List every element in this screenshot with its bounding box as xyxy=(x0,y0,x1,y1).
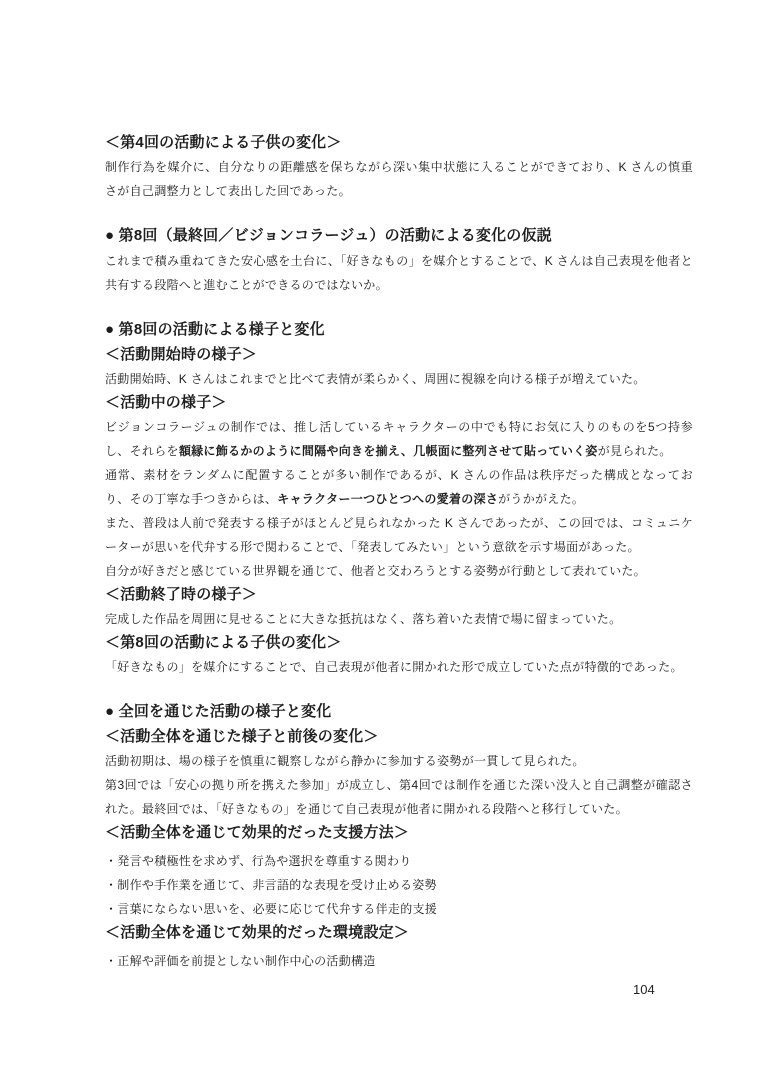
para-segment: が見られた。 xyxy=(598,444,672,458)
para-session8-during-4: 自分が好きだと感じている世界観を通じて、他者と交わろうとする姿勢が行動として表れ… xyxy=(105,559,693,583)
para-session8-during-1: ビジョンコラージュの制作では、推し活しているキャラクターの中でも特にお気に入りの… xyxy=(105,415,693,463)
para-overall-1: 活動初期は、場の様子を慎重に観察しながら静かに参加する姿勢が一貫して見られた。 xyxy=(105,749,693,773)
para-session8-start: 活動開始時、K さんはこれまでと比べて表情が柔らかく、周囲に視線を向ける様子が増… xyxy=(105,367,693,391)
heading-effective-environment: ＜活動全体を通じて効果的だった環境設定＞ xyxy=(105,921,693,945)
heading-session8-child-change: ＜第8回の活動による子供の変化＞ xyxy=(105,631,693,655)
para-session8-during-2: 通常、素材をランダムに配置することが多い制作であるが、K さんの作品は秩序だった… xyxy=(105,463,693,511)
heading-session4-child-change: ＜第4回の活動による子供の変化＞ xyxy=(105,131,693,155)
para-segment-bold: キャラクター一つひとつへの愛着の深さ xyxy=(277,492,498,506)
list-item: ・制作や手作業を通じて、非言語的な表現を受け止める姿勢 xyxy=(105,873,693,897)
heading-session8-during: ＜活動中の様子＞ xyxy=(105,391,693,415)
heading-effective-support: ＜活動全体を通じて効果的だった支援方法＞ xyxy=(105,821,693,845)
heading-session8-end: ＜活動終了時の様子＞ xyxy=(105,583,693,607)
list-item: ・正解や評価を前提としない制作中心の活動構造 xyxy=(105,949,693,973)
page-content: ＜第4回の活動による子供の変化＞ 制作行為を媒介に、自分なりの距離感を保ちながら… xyxy=(105,131,693,973)
document-page: ＜第4回の活動による子供の変化＞ 制作行為を媒介に、自分なりの距離感を保ちながら… xyxy=(0,0,768,1087)
heading-overall: ● 全回を通じた活動の様子と変化 xyxy=(105,699,693,725)
heading-session8-overview: ● 第8回の活動による様子と変化 xyxy=(105,317,693,343)
page-number: 104 xyxy=(633,981,655,999)
support-method-list: ・発言や積極性を求めず、行為や選択を尊重する関わり ・制作や手作業を通じて、非言… xyxy=(105,849,693,921)
heading-session8-hypothesis: ● 第8回（最終回／ビジョンコラージュ）の活動による変化の仮説 xyxy=(105,223,693,249)
heading-session8-start: ＜活動開始時の様子＞ xyxy=(105,343,693,367)
list-item: ・言葉にならない思いを、必要に応じて代弁する伴走的支援 xyxy=(105,897,693,921)
para-overall-2: 第3回では「安心の拠り所を携えた参加」が成立し、第4回では制作を通じた深い没入と… xyxy=(105,773,693,821)
para-session8-during-3: また、普段は人前で発表する様子がほとんど見られなかった K さんであったが、この… xyxy=(105,511,693,559)
para-session8-child-change: 「好きなもの」を媒介にすることで、自己表現が他者に開かれた形で成立していた点が特… xyxy=(105,655,693,679)
environment-setting-list: ・正解や評価を前提としない制作中心の活動構造 xyxy=(105,949,693,973)
heading-overall-before-after: ＜活動全体を通じた様子と前後の変化＞ xyxy=(105,725,693,749)
para-segment: がうかがえた。 xyxy=(498,492,584,506)
para-session8-end: 完成した作品を周囲に見せることに大きな抵抗はなく、落ち着いた表情で場に留まってい… xyxy=(105,607,693,631)
para-segment-bold: 額縁に飾るかのように間隔や向きを揃え、几帳面に整列させて貼っていく姿 xyxy=(179,444,598,458)
para-session8-hypothesis: これまで積み重ねてきた安心感を土台に、「好きなもの」を媒介とすることで、K さん… xyxy=(105,249,693,297)
list-item: ・発言や積極性を求めず、行為や選択を尊重する関わり xyxy=(105,849,693,873)
para-session4-child-change: 制作行為を媒介に、自分なりの距離感を保ちながら深い集中状態に入ることができており… xyxy=(105,155,693,203)
